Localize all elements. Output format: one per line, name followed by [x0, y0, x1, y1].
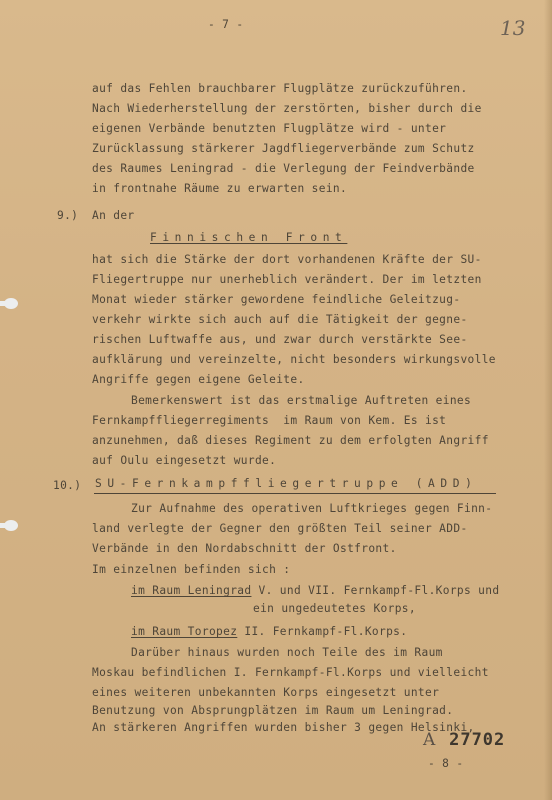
text-line: Zur Aufnahme des operativen Luftkrieges … [131, 501, 492, 516]
text-line: rischen Luftwaffe aus, und zwar durch ve… [92, 332, 468, 347]
document-page: - 7 - 13 auf das Fehlen brauchbarer Flug… [0, 0, 552, 800]
text-line: Bemerkenswert ist das erstmalige Auftret… [131, 393, 471, 408]
header-page-number: - 7 - [208, 17, 243, 32]
list-item-text: II. Fernkampf-Fl.Korps. [237, 625, 407, 638]
text-line: hat sich die Stärke der dort vorhandenen… [92, 252, 482, 267]
list-item: im Raum Leningrad V. und VII. Fernkampf-… [131, 583, 499, 598]
text-line: in frontnahe Räume zu erwarten sein. [92, 181, 347, 196]
list-intro: Im einzelnen befinden sich : [92, 562, 290, 577]
text-line: anzunehmen, daß dieses Regiment zu dem e… [92, 433, 489, 448]
text-line: des Raumes Leningrad - die Verlegung der… [92, 161, 475, 176]
stamp-number: 27702 [449, 730, 505, 750]
text-line: Moskau befindlichen I. Fernkampf-Fl.Korp… [92, 665, 489, 680]
text-line: Darüber hinaus wurden noch Teile des im … [131, 645, 443, 660]
text-line: Angriffe gegen eigene Geleite. [92, 372, 305, 387]
section-number: 9.) [57, 208, 78, 223]
text-line: auf das Fehlen brauchbarer Flugplätze zu… [92, 81, 468, 96]
text-line: Fernkampffliegerregiments im Raum von Ke… [92, 413, 446, 428]
section-lead: An der [92, 208, 135, 223]
heading-underline [94, 493, 496, 494]
section-heading: Finnischen Front [150, 230, 347, 245]
text-line: An stärkeren Angriffen wurden bisher 3 g… [92, 720, 475, 735]
section-number: 10.) [53, 478, 81, 493]
archive-stamp: A 27702 [423, 730, 505, 750]
text-line: eines weiteren unbekannten Korps eingese… [92, 685, 439, 700]
stamp-prefix: A [423, 730, 436, 750]
text-line: Benutzung von Absprungplätzen im Raum um… [92, 703, 453, 718]
text-line: Verbände in den Nordabschnitt der Ostfro… [92, 541, 397, 556]
text-line: land verlegte der Gegner den größten Tei… [92, 521, 468, 536]
text-line: Monat wieder stärker gewordene feindlich… [92, 292, 460, 307]
list-item-continuation: ein ungedeutetes Korps, [253, 601, 416, 616]
text-line: auf Oulu eingesetzt wurde. [92, 453, 276, 468]
text-line: Fliegertruppe nur unerheblich verändert.… [92, 272, 482, 287]
text-line: Zurücklassung stärkerer Jagdfliegerverbä… [92, 141, 475, 156]
text-line: aufklärung und vereinzelte, nicht besond… [92, 352, 496, 367]
list-item-place: im Raum Toropez [131, 625, 237, 638]
handwritten-folio-number: 13 [500, 16, 525, 40]
section-heading: SU-Fernkampffliegertruppe (ADD) [95, 476, 477, 491]
text-line: eigenen Verbände benutzten Flugplätze wi… [92, 121, 446, 136]
list-item: im Raum Toropez II. Fernkampf-Fl.Korps. [131, 624, 407, 639]
text-line: verkehr wirkte sich auch auf die Tätigke… [92, 312, 468, 327]
text-line: Nach Wiederherstellung der zerstörten, b… [92, 101, 482, 116]
punch-hole [4, 298, 18, 309]
punch-hole [4, 520, 18, 531]
list-item-text: V. und VII. Fernkampf-Fl.Korps und [251, 584, 499, 597]
footer-next-page: - 8 - [428, 756, 463, 771]
list-item-place: im Raum Leningrad [131, 584, 251, 597]
